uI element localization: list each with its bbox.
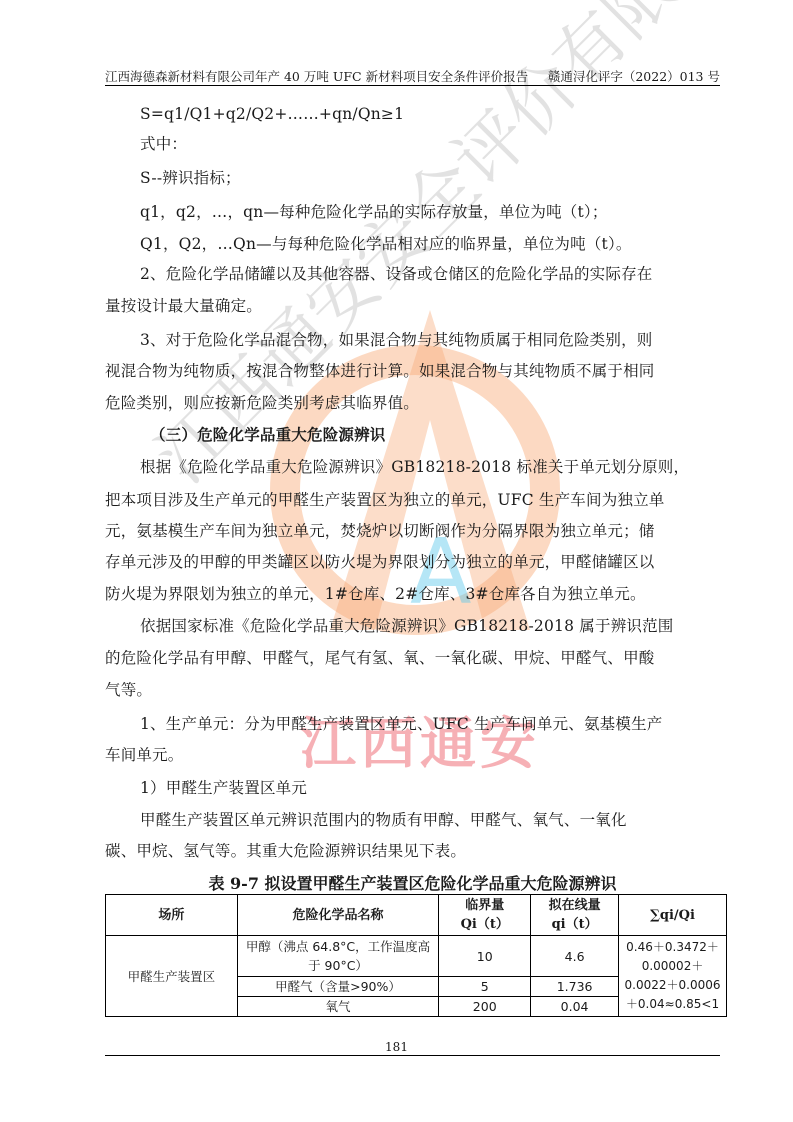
text-line: 的危险化学品有甲醇、甲醛气，尾气有氢、氧、一氧化碳、甲烷、甲醛气、甲酸 xyxy=(105,648,655,668)
text-line: 量按设计最大量确定。 xyxy=(105,296,262,316)
text-line: 防火堤为界限划为独立的单元，1#仓库、2#仓库、3#仓库各自为独立单元。 xyxy=(105,584,646,604)
text-line: 危险类别，则应按新危险类别考虑其临界值。 xyxy=(105,393,419,413)
text-line: 碳、甲烷、氢气等。其重大危险源辨识结果见下表。 xyxy=(105,841,466,861)
cell-online: 1.736 xyxy=(531,977,619,997)
page-header: 江西海德森新材料有限公司年产 40 万吨 UFC 新材料项目安全条件评价报告 赣… xyxy=(105,66,720,86)
text-line: 1、生产单元：分为甲醛生产装置区单元、UFC 生产车间单元、氨基模生产 xyxy=(140,714,662,734)
watermark-a-logo xyxy=(300,300,560,660)
text-line: q1，q2，…，qn—每种危险化学品的实际存放量，单位为吨（t）； xyxy=(140,202,608,222)
text-line: 甲醛生产装置区单元辨识范围内的物质有甲醇、甲醛气、氧气、一氧化 xyxy=(140,810,627,830)
footer-divider xyxy=(105,1055,720,1056)
cell-critical: 200 xyxy=(439,997,531,1017)
header-report-number: 赣通浔化评字（2022）013 号 xyxy=(548,69,720,85)
cell-online: 0.04 xyxy=(531,997,619,1017)
text-line: 元，氨基模生产车间为独立单元，焚烧炉以切断阀作为分隔界限为独立单元；储 xyxy=(105,521,655,541)
text-line: Q1，Q2，…Qn—与每种危险化学品相对应的临界量，单位为吨（t）。 xyxy=(140,234,632,254)
cell-critical: 5 xyxy=(439,977,531,997)
text-line: 根据《危险化学品重大危险源辨识》GB18218-2018 标准关于单元划分原则， xyxy=(140,457,689,477)
section-heading: （三）危险化学品重大危险源辨识 xyxy=(150,425,386,445)
sub-heading: 1）甲醛生产装置区单元 xyxy=(140,778,307,798)
text-line: 2、危险化学品储罐以及其他容器、设备或仓储区的危险化学品的实际存在 xyxy=(140,264,652,284)
cell-place: 甲醛生产装置区 xyxy=(106,936,238,1017)
text-line: 式中： xyxy=(140,134,187,154)
text-line: 气等。 xyxy=(105,680,152,700)
page-number: 181 xyxy=(0,1040,793,1054)
hazard-table: 场所 危险化学品名称 临界量Qi（t） 拟在线量qi（t） ∑qi/Qi 甲醛生… xyxy=(105,894,727,1017)
header-chemical: 危险化学品名称 xyxy=(237,895,439,936)
header-place: 场所 xyxy=(106,895,238,936)
table-header-row: 场所 危险化学品名称 临界量Qi（t） 拟在线量qi（t） ∑qi/Qi xyxy=(106,895,727,936)
text-line: 把本项目涉及生产单元的甲醛生产装置区为独立的单元，UFC 生产车间为独立单 xyxy=(105,490,665,510)
text-line: S--辨识指标； xyxy=(140,168,241,188)
text-line: 3、对于危险化学品混合物，如果混合物与其纯物质属于相同危险类别，则 xyxy=(140,330,652,350)
table-caption: 表 9-7 拟设置甲醛生产装置区危险化学品重大危险源辨识 xyxy=(105,871,720,894)
text-line: 车间单元。 xyxy=(105,745,184,765)
table-row: 甲醛生产装置区 甲醇（沸点 64.8°C，工作温度高于 90°C） 10 4.6… xyxy=(106,936,727,977)
header-critical: 临界量Qi（t） xyxy=(439,895,531,936)
cell-chemical: 甲醇（沸点 64.8°C，工作温度高于 90°C） xyxy=(237,936,439,977)
text-line: 依据国家标准《危险化学品重大危险源辨识》GB18218-2018 属于辨识范围 xyxy=(140,616,674,636)
cell-sum: 0.46＋0.3472＋0.00002＋0.0022＋0.0006＋0.04≈0… xyxy=(619,936,727,1017)
cell-chemical: 甲醛气（含量>90%） xyxy=(237,977,439,997)
cell-critical: 10 xyxy=(439,936,531,977)
watermark-red-text: 江西通安 xyxy=(300,700,540,780)
cell-chemical: 氧气 xyxy=(237,997,439,1017)
header-sum: ∑qi/Qi xyxy=(619,895,727,936)
header-report-title: 江西海德森新材料有限公司年产 40 万吨 UFC 新材料项目安全条件评价报告 xyxy=(105,69,528,85)
cell-online: 4.6 xyxy=(531,936,619,977)
header-online: 拟在线量qi（t） xyxy=(531,895,619,936)
text-line: 视混合物为纯物质，按混合物整体进行计算。如果混合物与其纯物质不属于相同 xyxy=(105,361,655,381)
text-line: 存单元涉及的甲醇的甲类罐区以防火堤为界限划分为独立的单元，甲醛储罐区以 xyxy=(105,552,655,572)
formula: S=q1/Q1+q2/Q2+……+qn/Qn≥1 xyxy=(140,104,404,124)
